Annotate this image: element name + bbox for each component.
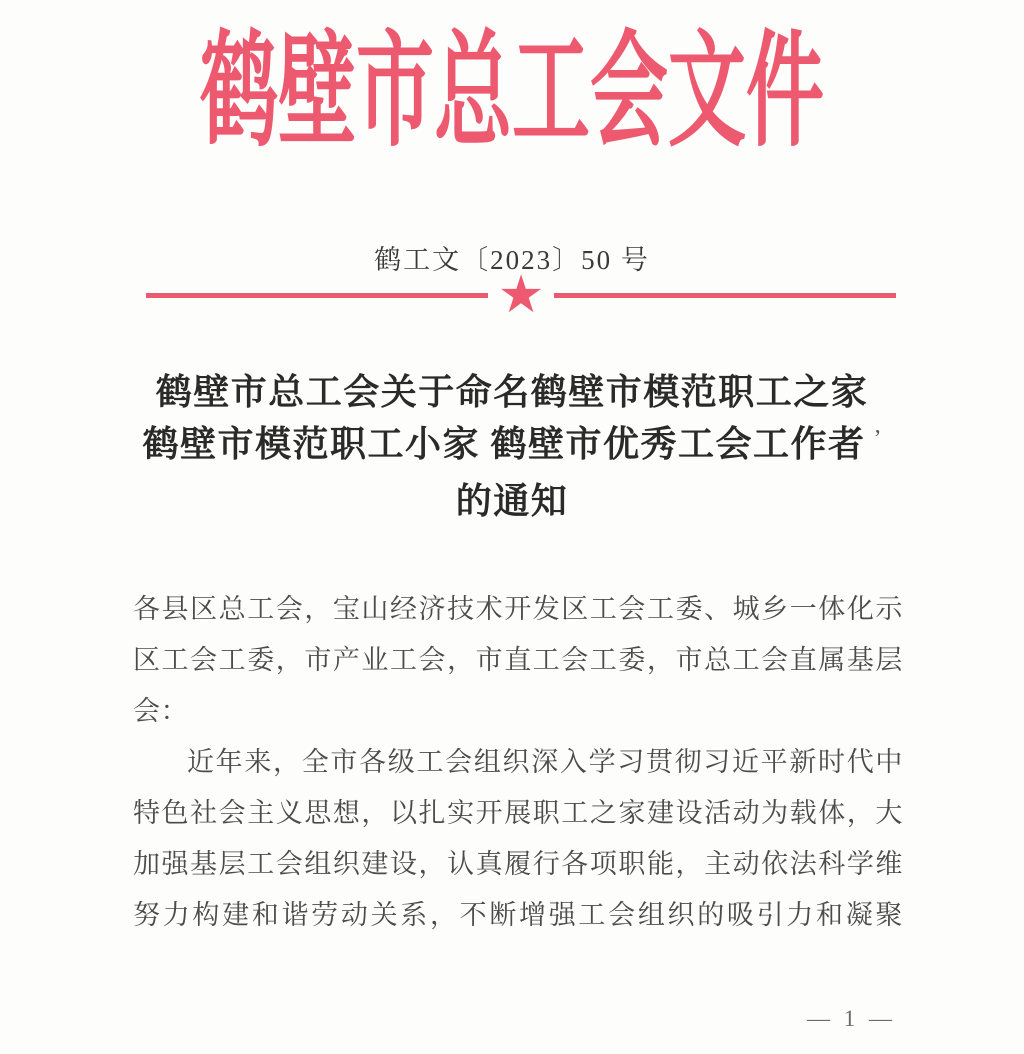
divider-line-left: [146, 293, 488, 298]
salutation-line: 会：: [133, 686, 903, 737]
stray-scan-mark: ’: [874, 413, 882, 465]
paragraph-line: 努力构建和谐劳动关系，不断增强工会组织的吸引力和凝聚力，: [133, 890, 903, 941]
paragraph-line: 特色社会主义思想，以扎实开展职工之家建设活动为载体，大力: [133, 788, 903, 839]
notice-title-line-1: 鹤壁市总工会关于命名鹤壁市模范职工之家: [0, 366, 1024, 418]
official-document-page: 鹤壁市总工会文件 鹤工文〔2023〕50 号 ★ 鹤壁市总工会关于命名鹤壁市模范…: [0, 0, 1024, 1054]
paragraph-line: 近年来，全市各级工会组织深入学习贯彻习近平新时代中国: [133, 737, 903, 788]
salutation-line: 区工会工委，市产业工会，市直工会工委，市总工会直属基层工: [133, 635, 903, 686]
document-body: 各县区总工会，宝山经济技术开发区工会工委、城乡一体化示范 区工会工委，市产业工会…: [133, 584, 903, 941]
notice-title: 鹤壁市总工会关于命名鹤壁市模范职工之家 鹤壁市模范职工小家 鹤壁市优秀工会工作者…: [0, 366, 1024, 527]
letterhead-title: 鹤壁市总工会文件: [0, 25, 1024, 159]
salutation-line: 各县区总工会，宝山经济技术开发区工会工委、城乡一体化示范: [133, 584, 903, 635]
divider-line-right: [554, 293, 896, 298]
notice-title-line-2: 鹤壁市模范职工小家 鹤壁市优秀工会工作者’: [0, 418, 1024, 475]
star-icon: ★: [498, 269, 545, 321]
notice-title-line-3: 的通知: [0, 475, 1024, 527]
red-divider: ★: [146, 269, 896, 321]
paragraph-line: 加强基层工会组织建设，认真履行各项职能，主动依法科学维权，: [133, 839, 903, 890]
page-number: — 1 —: [807, 1006, 896, 1032]
notice-title-line-2-text: 鹤壁市模范职工小家 鹤壁市优秀工会工作者: [142, 424, 865, 464]
